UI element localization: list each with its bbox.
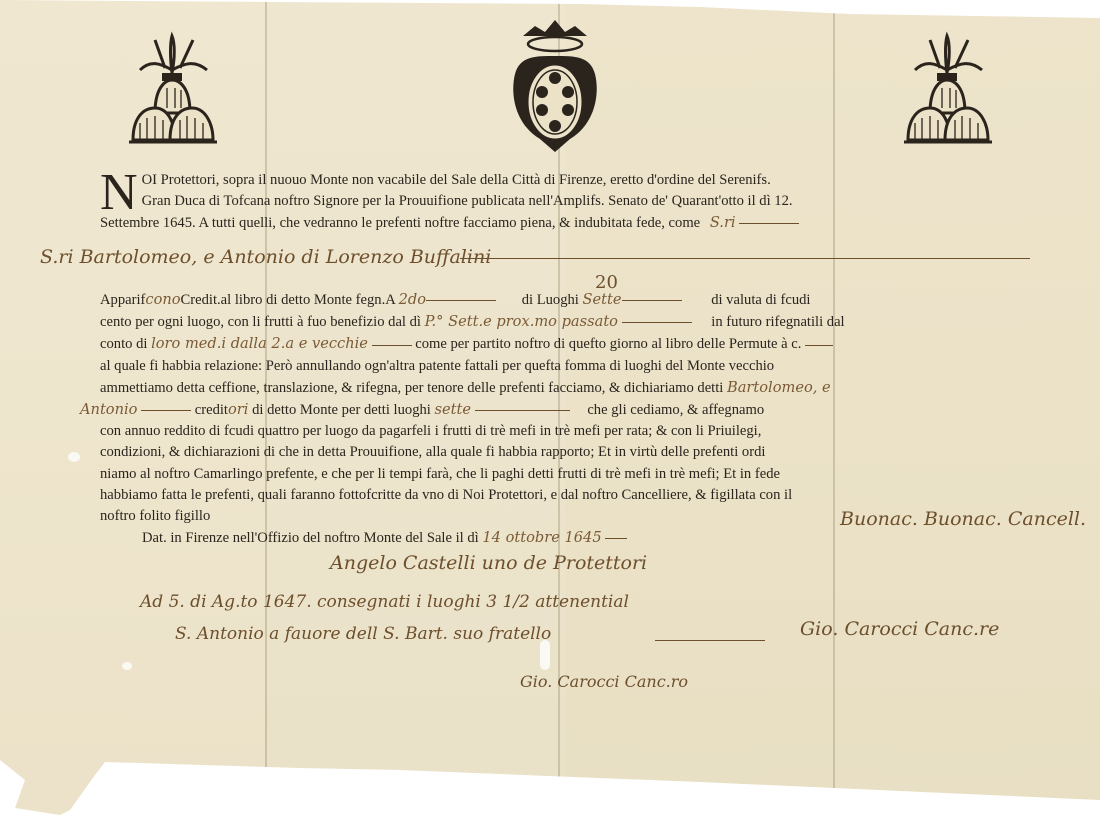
handwritten-holder-names: S.ri Bartolomeo, e Antonio di Lorenzo Bu… [40,246,491,268]
annotation-line-1: Ad 5. di Ag.to 1647. consegnati i luoghi… [140,592,629,612]
handwritten-text: Antonio [80,401,137,418]
handwritten-text: cono [145,291,180,308]
chancellor-signature-bottom: Gio. Carocci Canc.re [800,618,999,640]
printed-line: Settembre 1645. A tutti quelli, che vedr… [100,215,700,231]
hole [540,640,550,670]
printed-text: ammettiamo detta ceffione, translazione,… [100,380,723,396]
printed-text: conto di [100,336,147,352]
fill-line [622,300,682,301]
handwritten-text: ori [228,401,248,418]
body-line: condizioni, & dichiarazioni di che in de… [100,442,1020,463]
chancellor-signature-top: Buonac. Buonac. Cancell. [840,508,1086,530]
handwritten-date: 14 ottobre 1645 [482,529,601,546]
printed-text: Credit.al libro di detto Monte fegn.A [181,292,395,308]
hole [68,452,80,462]
body-line: conto di loro med.i dalla 2.a e vecchie … [100,333,1020,355]
handwritten-text: sette [435,401,472,418]
printed-text: in futuro rifegnatili dal [711,314,844,330]
fill-line [141,410,191,411]
handwritten-prefix: S.ri [710,214,736,231]
printed-line: OI Protettori, sopra il nuouo Monte non … [100,170,1020,191]
body-line: niamo al noftro Camarlingo prefente, e c… [100,464,1020,485]
body-line: al quale fi habbia relazione: Però annul… [100,356,1020,377]
annotation-line-2: S. Antonio a fauore dell S. Bart. suo fr… [175,624,551,644]
fill-line [426,300,496,301]
body-line: cento per ogni luogo, con li frutti à fu… [100,311,1020,333]
protector-signature: Angelo Castelli uno de Protettori [330,552,647,574]
printed-text: di detto Monte per detti luoghi [252,402,431,418]
handwritten-text: P.° Sett.e prox.mo passato [425,313,618,330]
printed-text: Dat. in Firenze nell'Offizio del noftro … [142,530,479,546]
printed-text: credit [195,402,228,418]
printed-text: Apparif [100,292,145,308]
body-line: ApparifconoCredit.al libro di detto Mont… [100,289,1020,311]
body-line: ammettiamo detta ceffione, translazione,… [100,377,1020,399]
fill-line [460,258,1030,259]
fleur-de-lis-mountain-emblem-left [125,28,220,148]
carocci-small-signature: Gio. Carocci Canc.ro [520,672,688,691]
handwritten-text: Bartolomeo, e [727,379,831,396]
printed-line: Gran Duca di Tofcana noftro Signore per … [100,191,1020,212]
printed-line-3: Settembre 1645. A tutti quelli, che vedr… [100,212,1020,234]
printed-text: cento per ogni luogo, con li frutti à fu… [100,314,421,330]
date-line: Dat. in Firenze nell'Offizio del noftro … [100,527,1020,549]
body-line: con annuo reddito di fcudi quattro per l… [100,421,1020,442]
fill-line [655,640,765,641]
fill-line [605,538,627,539]
fill-line [475,410,570,411]
fill-line [805,345,833,346]
printed-text: che gli cediamo, & affegnamo [587,402,764,418]
handwritten-text: Sette [583,291,622,308]
printed-text: di valuta di fcudi [711,292,810,308]
fill-line [739,223,799,224]
drop-cap: N [100,170,138,216]
printed-text: di Luoghi [522,292,579,308]
handwritten-text: loro med.i dalla 2.a e vecchie [151,335,368,352]
body-line: Antonio creditori di detto Monte per det… [100,399,1020,421]
fill-line [622,322,692,323]
medici-coat-of-arms [505,14,605,159]
hole [122,662,132,670]
handwritten-text: 2do [399,291,426,308]
fill-line [372,345,412,346]
body-line: habbiamo fatta le prefenti, quali farann… [100,485,1020,506]
fleur-de-lis-mountain-emblem-right [900,28,995,148]
printed-text: come per partito noftro di quefto giorno… [415,336,801,352]
heading-paragraph: N OI Protettori, sopra il nuouo Monte no… [100,170,1020,216]
